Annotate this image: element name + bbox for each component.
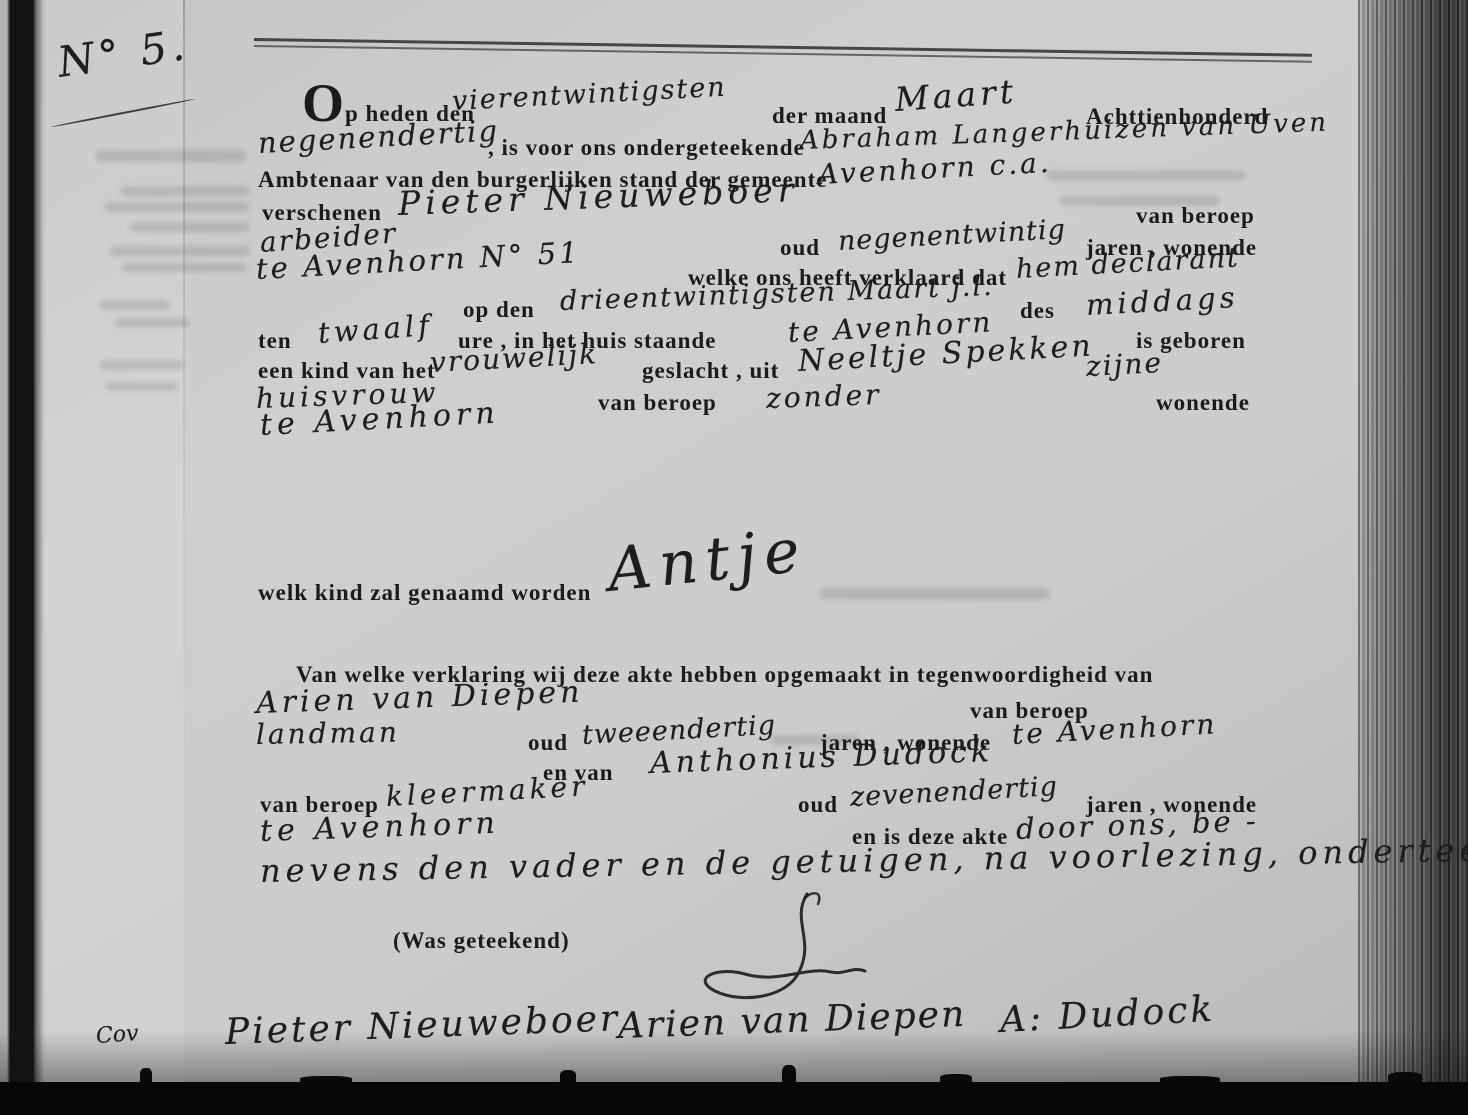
bleed-through-mark: [130, 222, 250, 232]
bottom-film-edge: [0, 1082, 1468, 1115]
bleed-through-mark: [110, 246, 250, 256]
label-geslacht-uit: geslacht , uit: [642, 358, 779, 384]
page-fold-line: [183, 0, 185, 1082]
bleed-through-mark: [106, 382, 178, 391]
entry-day: vierentwintigsten: [451, 72, 727, 117]
label-was-geteekend: (Was geteekend): [393, 928, 570, 954]
label-des: des: [1020, 298, 1055, 324]
film-edge-artifact: [300, 1076, 352, 1082]
entry-geslacht: vrouwelijk: [429, 337, 599, 379]
label-oud-witness1: oud: [528, 730, 568, 756]
bleed-through-mark: [114, 318, 190, 327]
birth-certificate-scan: N° 5. Cov Op heden denvierentwintigstend…: [0, 0, 1468, 1115]
film-edge-artifact: [140, 1068, 152, 1082]
label-op-den: op den: [463, 297, 535, 323]
bleed-through-mark: [104, 202, 249, 212]
entry-witness2-age: zevenendertig: [849, 771, 1058, 813]
label-welk-kind: welk kind zal genaamd worden: [258, 580, 591, 606]
entry-child-name: Antje: [604, 515, 810, 606]
film-edge-artifact: [1388, 1072, 1422, 1082]
bleed-through-mark: [122, 263, 247, 272]
book-binding-edge: [1358, 0, 1468, 1115]
left-film-edge: [0, 0, 46, 1115]
entry-year: negenendertig: [257, 113, 500, 160]
label-oud-declarant: oud: [780, 235, 820, 261]
film-edge-artifact: [940, 1074, 972, 1082]
bleed-through-mark: [100, 300, 170, 310]
entry-mother-occupation: zonder: [765, 378, 882, 415]
page-margin-band: [46, 0, 184, 1115]
film-edge-artifact: [1160, 1076, 1220, 1082]
bleed-through-mark: [100, 360, 184, 370]
label-ten: ten: [258, 328, 292, 354]
entry-month: Maart: [894, 72, 1019, 119]
entry-zijne: zijne: [1085, 346, 1164, 383]
label-is-voor-ons: , is voor ons ondergeteekende: [488, 135, 805, 161]
bleed-through-mark: [120, 186, 250, 196]
bleed-through-mark: [820, 588, 1050, 600]
bleed-through-mark: [96, 150, 246, 162]
label-wonende-mother: wonende: [1156, 390, 1250, 416]
entry-witness1-occupation: landman: [256, 715, 400, 751]
registrar-signature-flourish: [655, 888, 905, 1013]
entry-witness2-residence: te Avenhorn: [259, 806, 500, 849]
entry-birth-hour: twaalf: [317, 308, 434, 350]
label-van-beroep-mother: van beroep: [598, 390, 717, 416]
top-double-rule: [254, 38, 1312, 63]
entry-daypart: middags: [1085, 280, 1239, 322]
film-edge-artifact: [782, 1065, 796, 1082]
bleed-through-mark: [1046, 170, 1246, 181]
label-oud-witness2: oud: [798, 792, 838, 818]
entry-declarant-age: negenentwintig: [837, 214, 1066, 257]
film-edge-artifact: [560, 1070, 576, 1082]
entry-hem-declarant: hem declarant: [1015, 242, 1240, 285]
label-van-beroep-declarant: van beroep: [1136, 203, 1255, 229]
